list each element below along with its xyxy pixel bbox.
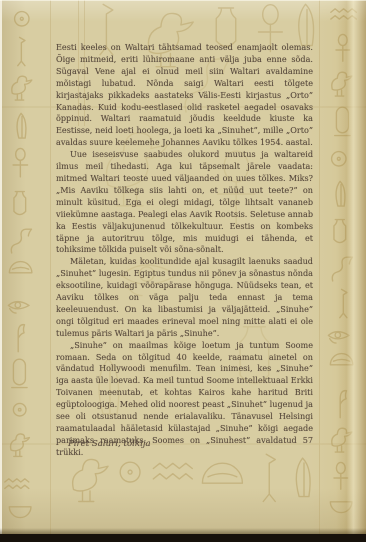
feather-hieroglyph bbox=[299, 4, 314, 45]
basket-hieroglyph bbox=[9, 262, 32, 273]
sun-disk-hieroglyph bbox=[120, 462, 140, 482]
jar-hieroglyph bbox=[14, 192, 26, 215]
bird-hieroglyph bbox=[11, 434, 30, 456]
book-jacket-flap: Eesti keeles on Waltari tähtsamad teosed… bbox=[0, 0, 366, 542]
bowl-hieroglyph bbox=[9, 507, 31, 518]
top-edge-highlight bbox=[0, 0, 366, 1]
was-scepter-hieroglyph bbox=[18, 37, 25, 65]
jacket-fold-highlight bbox=[336, 0, 366, 542]
cartouche-hieroglyph bbox=[12, 359, 27, 387]
water-hieroglyph bbox=[5, 479, 29, 489]
jar-hieroglyph bbox=[216, 8, 236, 46]
water-hieroglyph bbox=[153, 463, 192, 479]
body-paragraph-2: Uue iseseisvuse saabudes olukord muutus … bbox=[56, 149, 313, 256]
bird-hieroglyph bbox=[73, 459, 108, 501]
feather-hieroglyph bbox=[17, 113, 26, 138]
body-paragraph-1: Eesti keeles on Waltari tähtsamad teosed… bbox=[56, 42, 313, 149]
sun-disk-hieroglyph bbox=[13, 403, 26, 416]
ankh-hieroglyph bbox=[13, 148, 27, 176]
bird-hieroglyph bbox=[12, 76, 32, 100]
left-edge-highlight bbox=[0, 0, 2, 542]
reed-leaf-hieroglyph bbox=[18, 325, 24, 352]
bottom-dark-strip bbox=[0, 534, 366, 542]
eye-of-horus-hieroglyph bbox=[8, 302, 29, 313]
snake-hieroglyph bbox=[11, 229, 31, 253]
sun-disk-hieroglyph bbox=[15, 12, 29, 26]
was-scepter-hieroglyph bbox=[263, 454, 275, 501]
translator-credit: Piret Saluri, tõlkija bbox=[68, 439, 151, 449]
body-paragraph-3: Mäletan, kuidas koolitundide ajal kusagi… bbox=[56, 256, 313, 339]
basket-hieroglyph bbox=[202, 463, 242, 483]
feather-hieroglyph bbox=[296, 458, 310, 497]
flap-text-block: Eesti keeles on Waltari tähtsamad teosed… bbox=[56, 42, 313, 459]
